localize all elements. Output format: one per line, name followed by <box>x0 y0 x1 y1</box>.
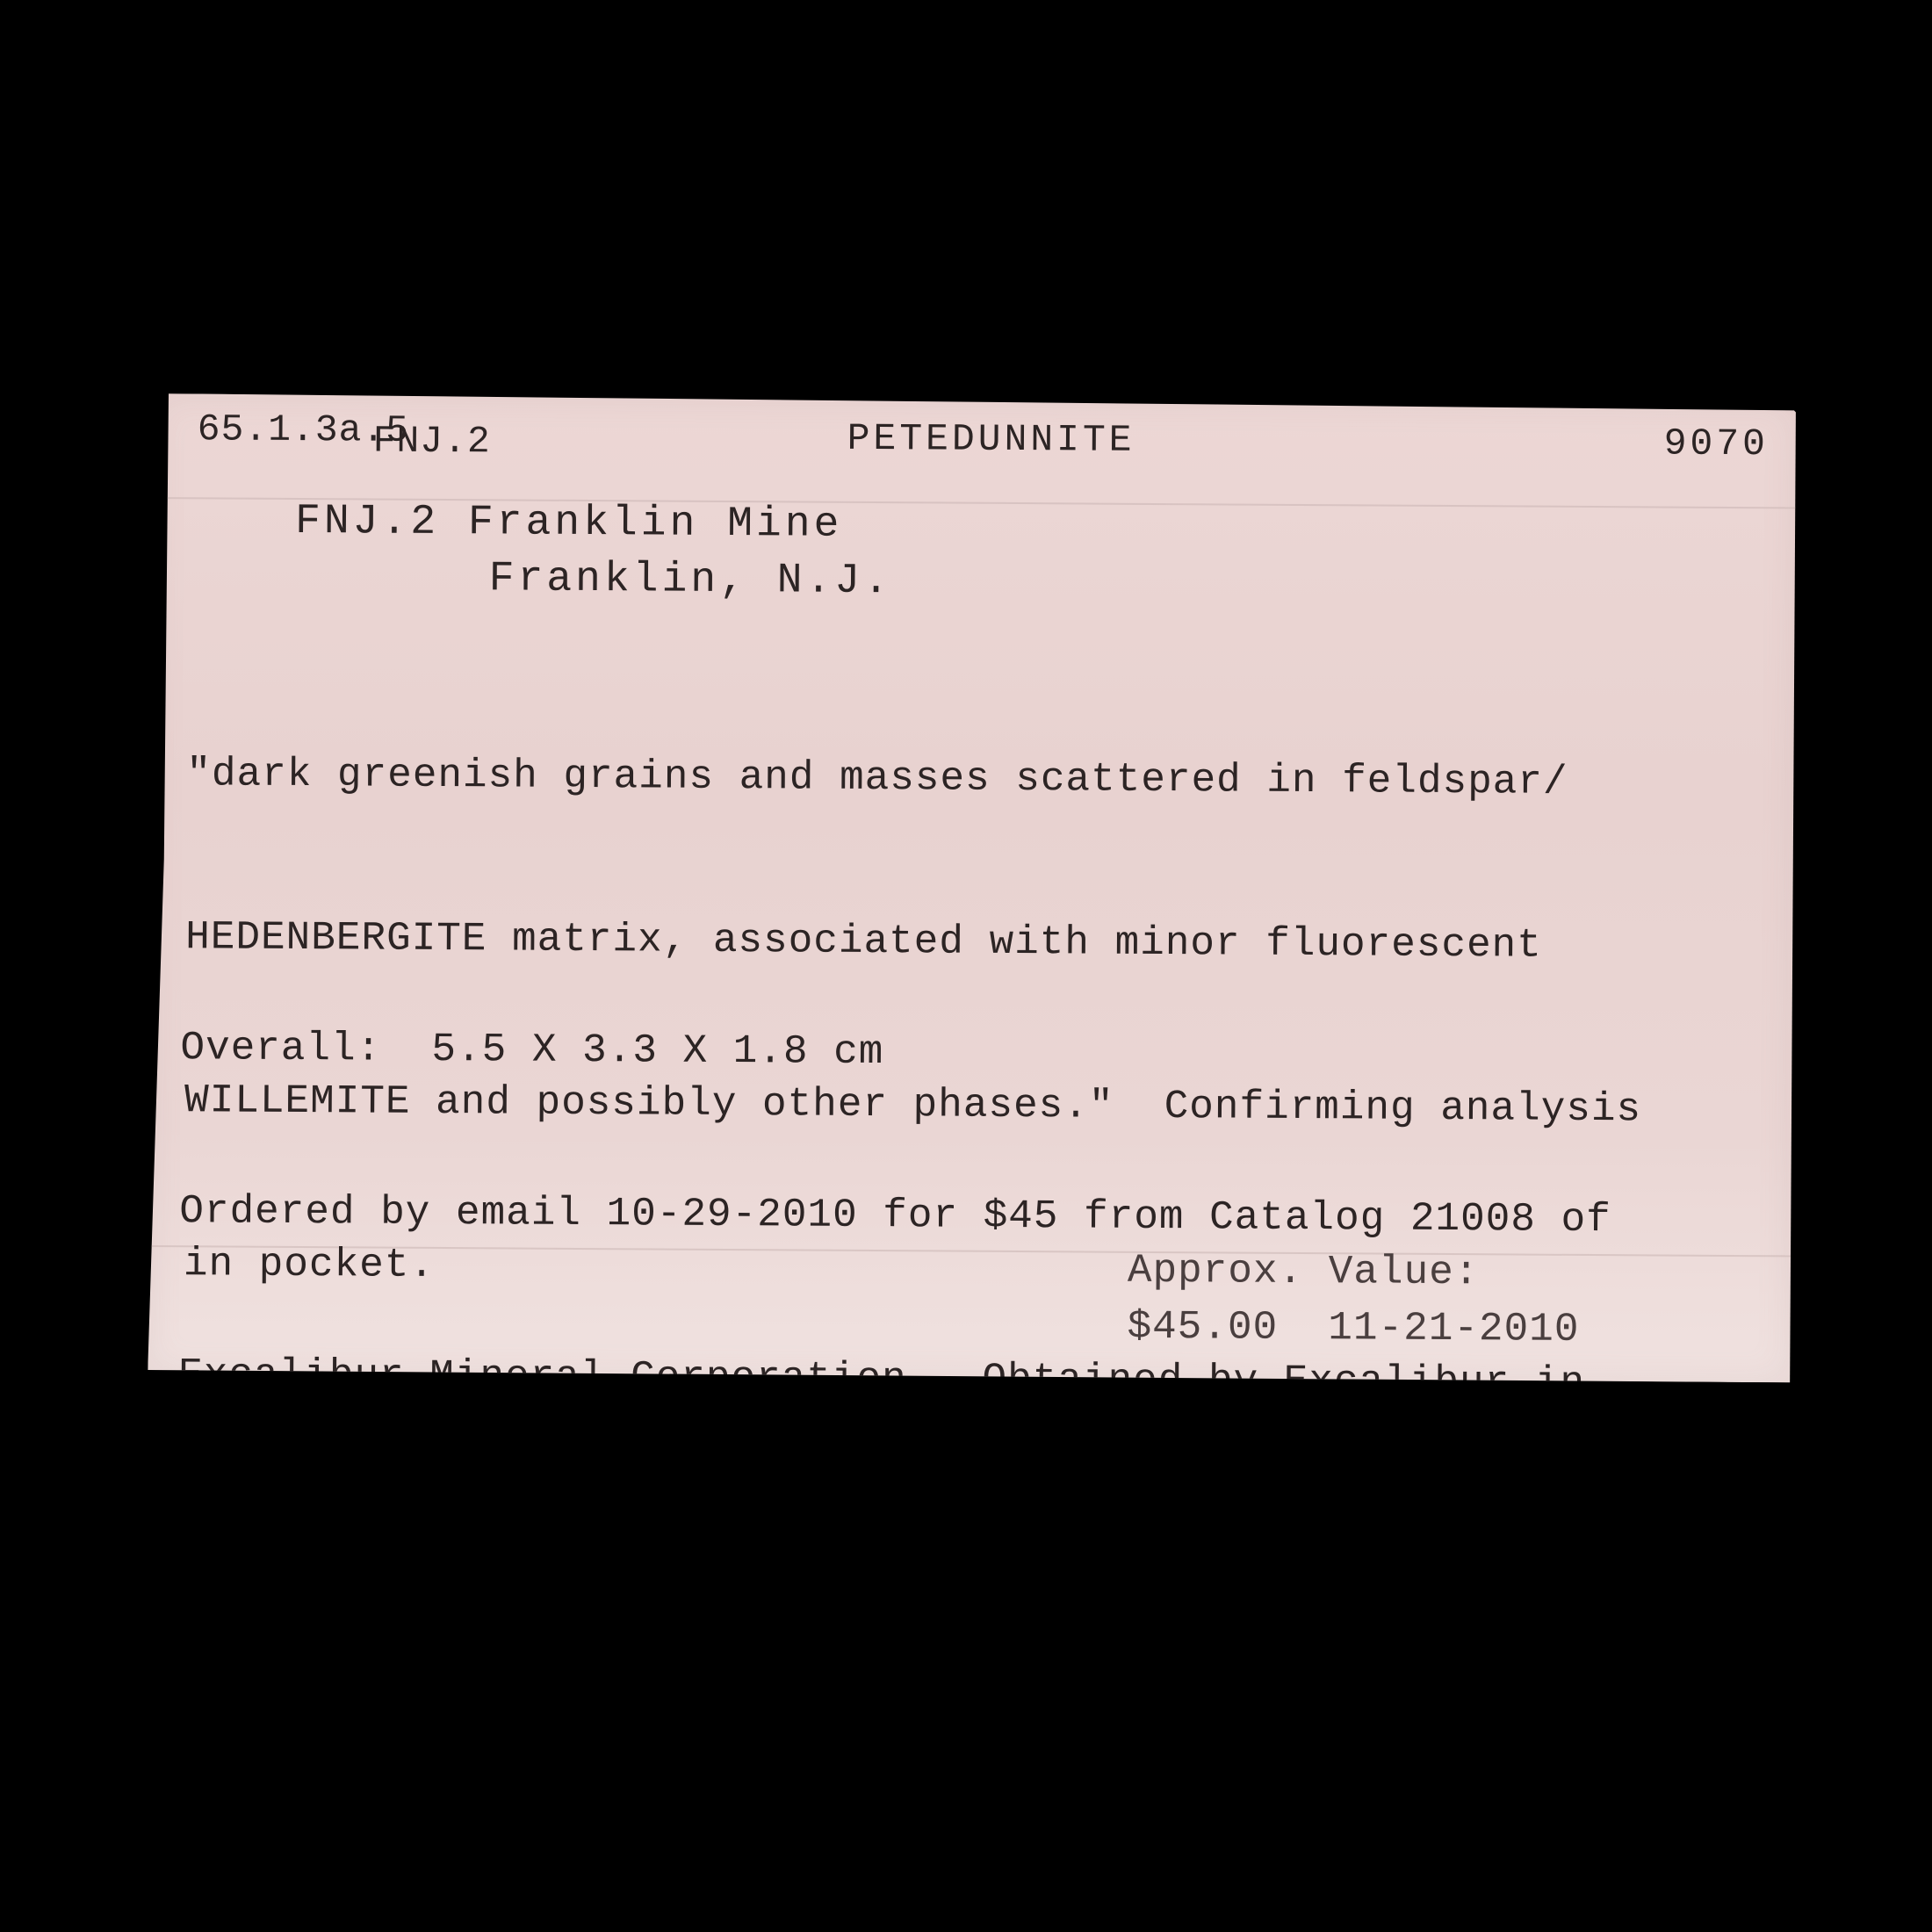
provenance-block: Overall: 5.5 X 3.3 X 1.8 cm Ordered by e… <box>176 912 1613 1846</box>
approx-value-label: Approx. Value: <box>1128 1248 1480 1295</box>
approx-value-row: $45.00 11-21-2010 <box>1127 1304 1579 1352</box>
locality-line-1: FNJ.2 Franklin Mine <box>295 498 843 549</box>
provenance-line: trade with "John Cianculli at the Frankl… <box>177 1510 1610 1574</box>
locality-line-2: Franklin, N.J. <box>489 555 893 605</box>
value-date: 11-21-2010 <box>1328 1305 1579 1352</box>
provenance-line: Excalibur Mineral Corporation. Obtained … <box>178 1347 1611 1410</box>
value-amount: $45.00 <box>1127 1304 1278 1351</box>
specimen-label-card: 65.1.3a.5 FNJ.2 PETEDUNNITE 9070 FNJ.2 F… <box>148 393 1796 1382</box>
photo-stage: 65.1.3a.5 FNJ.2 PETEDUNNITE 9070 FNJ.2 F… <box>0 0 1932 1932</box>
mineral-name: PETEDUNNITE <box>847 417 1135 462</box>
description-line: "dark greenish grains and masses scatter… <box>186 746 1643 810</box>
specimen-number: 9070 <box>1664 422 1770 466</box>
dimensions-line: Overall: 5.5 X 3.3 X 1.8 cm <box>180 1020 1612 1084</box>
provenance-line: some years ago." <box>177 1674 1609 1737</box>
provenance-line: Ordered by email 10-29-2010 for $45 from… <box>179 1184 1611 1247</box>
locality-code: FNJ.2 <box>373 420 491 464</box>
